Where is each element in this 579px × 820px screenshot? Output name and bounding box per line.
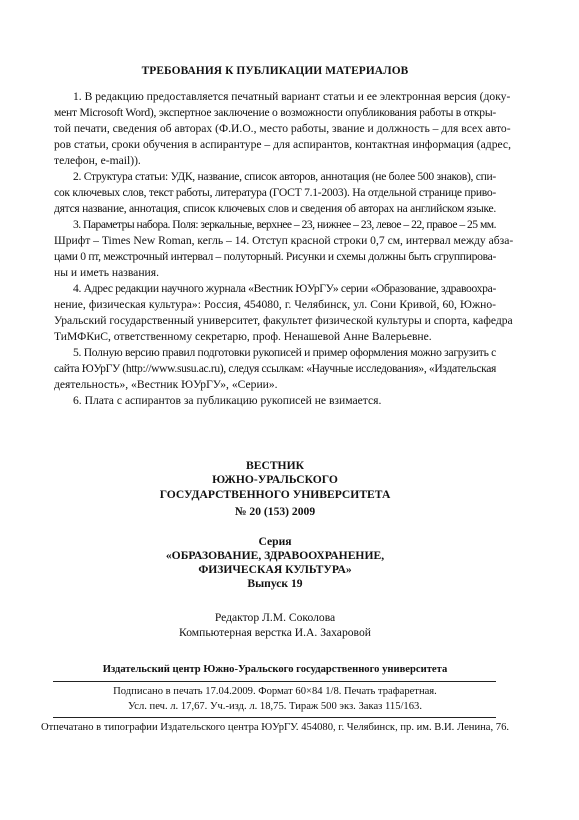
paragraph-line: Уральский государственный университет, ф… bbox=[54, 313, 496, 329]
paragraph-line: телефон, e-mail)). bbox=[54, 153, 496, 169]
divider-rule bbox=[53, 681, 496, 682]
requirements-body: 1. В редакцию предоставляется печатный в… bbox=[54, 89, 496, 409]
requirement-paragraph: 2. Структура статьи: УДК, название, спис… bbox=[54, 169, 496, 217]
paragraph-line: дятся название, аннотация, список ключев… bbox=[54, 201, 496, 217]
paragraph-line: 6. Плата с аспирантов за публикацию руко… bbox=[54, 393, 496, 409]
divider-rule bbox=[53, 717, 496, 718]
requirement-paragraph: 5. Полную версию правил подготовки рукоп… bbox=[54, 345, 496, 393]
publisher-name: Издательский центр Южно-Уральского госуд… bbox=[54, 662, 496, 678]
requirement-paragraph: 1. В редакцию предоставляется печатный в… bbox=[54, 89, 496, 169]
paragraph-line: 4. Адрес редакции научного журнала «Вест… bbox=[54, 281, 496, 297]
paragraph-line: ны и иметь названия. bbox=[54, 265, 496, 281]
volume-number: Выпуск 19 bbox=[54, 577, 496, 591]
requirement-paragraph: 4. Адрес редакции научного журнала «Вест… bbox=[54, 281, 496, 345]
journal-imprint: ВЕСТНИК ЮЖНО-УРАЛЬСКОГО ГОСУДАРСТВЕННОГО… bbox=[54, 459, 496, 640]
paragraph-line: цами 0 пт, межстрочный интервал – полуто… bbox=[54, 249, 496, 265]
print-info-line: Подписано в печать 17.04.2009. Формат 60… bbox=[54, 684, 496, 699]
issue-number: № 20 (153) 2009 bbox=[54, 505, 496, 519]
paragraph-line: 1. В редакцию предоставляется печатный в… bbox=[54, 89, 496, 105]
series-title-line: «ОБРАЗОВАНИЕ, ЗДРАВООХРАНЕНИЕ, bbox=[54, 549, 496, 563]
requirement-paragraph: 3. Параметры набора. Поля: зеркальные, в… bbox=[54, 217, 496, 281]
print-info-line: Усл. печ. л. 17,67. Уч.-изд. л. 18,75. Т… bbox=[54, 699, 496, 714]
journal-name-line: ВЕСТНИК bbox=[54, 459, 496, 473]
print-info: Подписано в печать 17.04.2009. Формат 60… bbox=[54, 684, 496, 714]
paragraph-line: сайта ЮУрГУ (http://www.susu.ac.ru), сле… bbox=[54, 361, 496, 377]
paragraph-line: 2. Структура статьи: УДК, название, спис… bbox=[54, 169, 496, 185]
paragraph-line: 5. Полную версию правил подготовки рукоп… bbox=[54, 345, 496, 361]
paragraph-line: деятельность», «Вестник ЮУрГУ», «Серии». bbox=[54, 377, 496, 393]
series-title-line: ФИЗИЧЕСКАЯ КУЛЬТУРА» bbox=[54, 563, 496, 577]
paragraph-line: сок ключевых слов, текст работы, литерат… bbox=[54, 185, 496, 201]
paragraph-line: ТиМФКиС, ответственному секретарю, проф.… bbox=[54, 329, 496, 345]
series-label: Серия bbox=[54, 535, 496, 549]
journal-name-line: ГОСУДАРСТВЕННОГО УНИВЕРСИТЕТА bbox=[54, 487, 496, 502]
requirement-paragraph: 6. Плата с аспирантов за публикацию руко… bbox=[54, 393, 496, 409]
paragraph-line: мент Microsoft Word), экспертное заключе… bbox=[54, 105, 496, 121]
printing-house-note: Отпечатано в типографии Издательского це… bbox=[40, 720, 510, 736]
document-page: ТРЕБОВАНИЯ К ПУБЛИКАЦИИ МАТЕРИАЛОВ 1. В … bbox=[0, 0, 579, 820]
paragraph-line: ров статьи, сроки обучения в аспирантуре… bbox=[54, 137, 496, 153]
paragraph-line: 3. Параметры набора. Поля: зеркальные, в… bbox=[54, 217, 496, 233]
paragraph-line: той печати, сведения об авторах (Ф.И.О.,… bbox=[54, 121, 496, 137]
editor-credit: Редактор Л.М. Соколова bbox=[54, 610, 496, 625]
journal-name-line: ЮЖНО-УРАЛЬСКОГО bbox=[54, 473, 496, 487]
paragraph-line: нение, физическая культура»: Россия, 454… bbox=[54, 297, 496, 313]
paragraph-line: Шрифт – Times New Roman, кегль – 14. Отс… bbox=[54, 233, 496, 249]
page-title: ТРЕБОВАНИЯ К ПУБЛИКАЦИИ МАТЕРИАЛОВ bbox=[54, 65, 496, 77]
layout-credit: Компьютерная верстка И.А. Захаровой bbox=[54, 625, 496, 640]
